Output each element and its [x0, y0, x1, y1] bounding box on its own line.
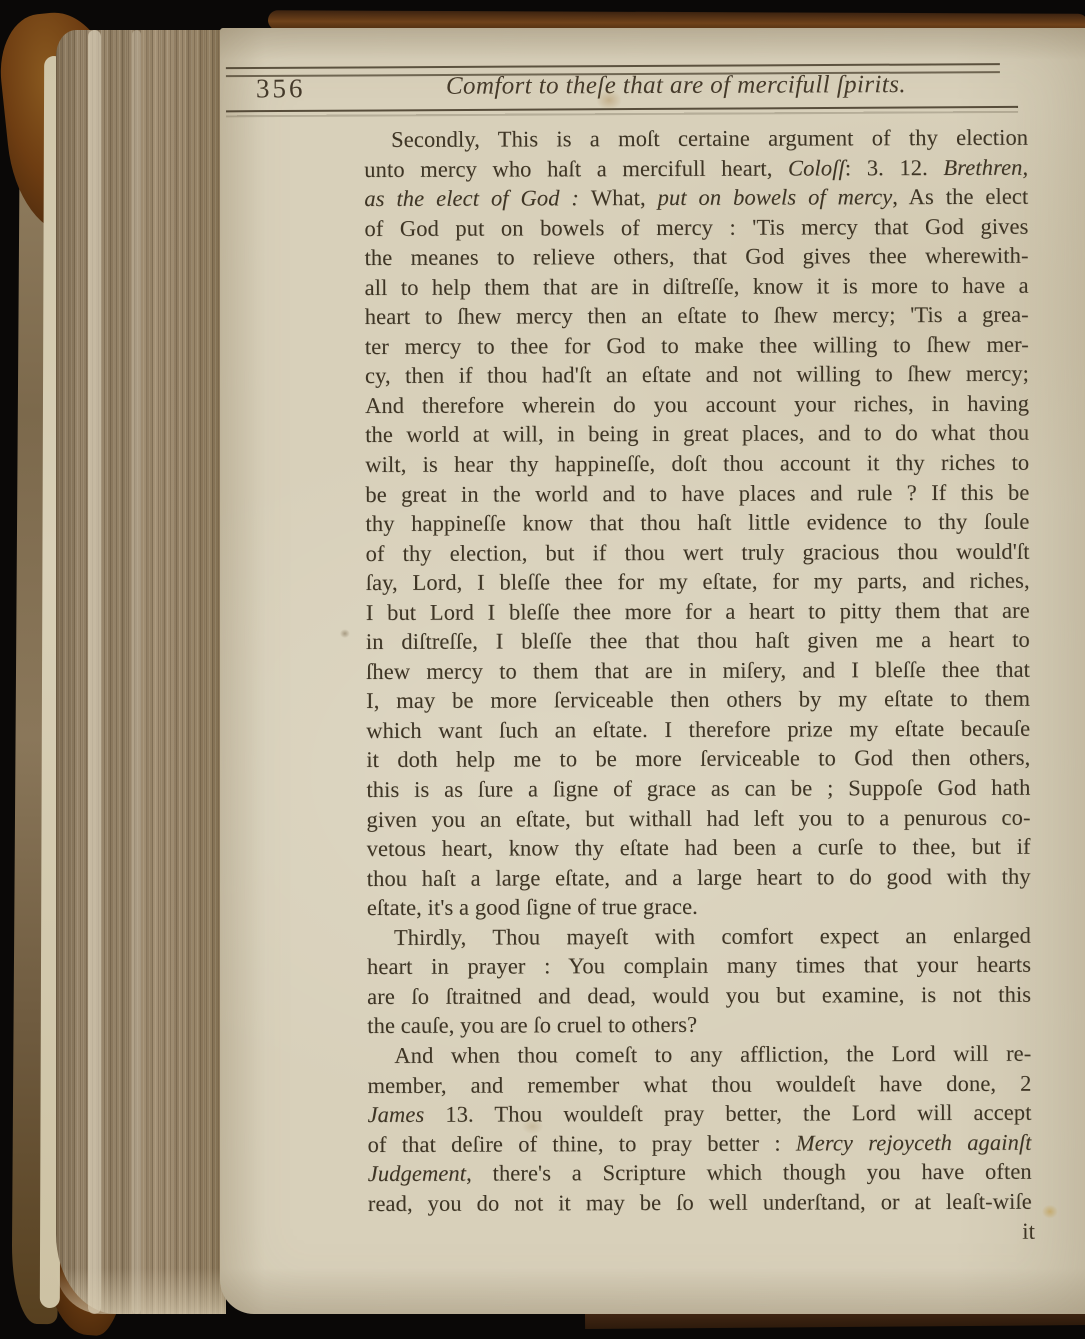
- text-line: the cauſe, you are ſo cruel to others?: [367, 1009, 1031, 1041]
- text-line: I, may be more ſerviceable then others b…: [366, 684, 1030, 716]
- book-page: 356 Comfort to theſe that are of mercifu…: [220, 28, 1085, 1314]
- text-line: this is as ſure a ſigne of grace as can …: [366, 773, 1030, 805]
- text-line: as the elect of God : What, put on bowel…: [364, 182, 1028, 214]
- text-segment: the world at will, in being in great pla…: [365, 420, 1029, 447]
- text-segment: And when thou comeſt to any affliction, …: [394, 1041, 1031, 1068]
- text-line: of that deſire of thine, to pray better …: [368, 1127, 1032, 1159]
- text-segment: in diſtreſſe, I bleſſe thee that thou ha…: [366, 627, 1030, 654]
- text-segment: 13. Thou wouldeſt pray better, the Lord …: [424, 1100, 1031, 1127]
- text-segment: Thirdly, Thou mayeſt with comfort expect…: [394, 922, 1031, 949]
- page-number: 356: [256, 73, 306, 104]
- text-line: thy happineſſe know that thou haſt littl…: [365, 507, 1029, 539]
- page-edge-light-band: [88, 30, 101, 1314]
- text-segment: : 3. 12.: [845, 155, 944, 180]
- text-line: the meanes to relieve others, that God g…: [365, 241, 1029, 273]
- text-segment: thou haſt a large eſtate, and a large he…: [367, 863, 1031, 890]
- page-edges-stack: [56, 30, 226, 1314]
- text-line: heart in prayer : You complain many time…: [367, 950, 1031, 982]
- text-segment: this is as ſure a ſigne of grace as can …: [366, 775, 1030, 802]
- text-line: Thirdly, Thou mayeſt with comfort expect…: [367, 920, 1031, 952]
- text-line: ſay, Lord, I bleſſe thee for my eſtate, …: [366, 566, 1030, 598]
- text-line: vetous heart, know thy eſtate had been a…: [367, 832, 1031, 864]
- page-edge-light-band: [132, 30, 141, 1314]
- text-line: And when thou comeſt to any affliction, …: [367, 1039, 1031, 1071]
- text-line: And therefore wherein do you account you…: [365, 389, 1029, 421]
- text-segment: be great in the world and to have places…: [365, 479, 1029, 506]
- text-segment: of God put on bowels of mercy : 'Tis mer…: [364, 213, 1028, 240]
- italic-text-segment: Judgement: [368, 1161, 466, 1186]
- text-segment: ſhew mercy to them that are in miſery, a…: [366, 657, 1030, 684]
- text-segment: it doth help me to be more ſerviceable t…: [366, 745, 1030, 772]
- text-line: unto mercy who haſt a mercifull heart, C…: [364, 152, 1028, 184]
- text-line: James 13. Thou wouldeſt pray better, the…: [367, 1098, 1031, 1130]
- catchword: it: [1022, 1219, 1035, 1245]
- text-line: read, you do not it may be ſo well under…: [368, 1186, 1032, 1218]
- text-line: member, and remember what thou wouldeſt …: [367, 1068, 1031, 1100]
- text-segment: And therefore wherein do you account you…: [365, 391, 1029, 418]
- text-segment: Secondly, This is a moſt certaine argume…: [391, 125, 1028, 152]
- text-line: of God put on bowels of mercy : 'Tis mer…: [364, 211, 1028, 243]
- italic-text-segment: as the elect of God :: [364, 185, 591, 211]
- text-segment: vetous heart, know thy eſtate had been a…: [367, 834, 1031, 861]
- header-rule-bottom: [226, 106, 1018, 115]
- running-header-row: 356 Comfort to theſe that are of mercifu…: [218, 70, 1083, 107]
- italic-text-segment: Brethren,: [943, 154, 1028, 179]
- text-line: thou haſt a large eſtate, and a large he…: [367, 861, 1031, 893]
- text-segment: read, you do not it may be ſo well under…: [368, 1188, 1032, 1215]
- text-line: all to help them that are in diſtreſſe, …: [365, 270, 1029, 302]
- text-line: cy, then if thou had'ſt an eſtate and no…: [365, 359, 1029, 391]
- text-segment: of thy election, but if thou wert truly …: [366, 538, 1030, 565]
- body-text: Secondly, This is a moſt certaine argume…: [364, 123, 1032, 1219]
- text-line: given you an eſtate, but withall had lef…: [366, 802, 1030, 834]
- page-edge-bottom-curve: [56, 1268, 226, 1314]
- text-segment: I but Lord I bleſſe thee more for a hear…: [366, 597, 1030, 624]
- text-segment: member, and remember what thou wouldeſt …: [367, 1070, 1031, 1097]
- text-segment: heart in prayer : You complain many time…: [367, 952, 1031, 979]
- running-header: Comfort to theſe that are of mercifull ſ…: [396, 71, 956, 101]
- text-segment: , there's a Scripture which though you h…: [466, 1159, 1032, 1186]
- italic-text-segment: James: [368, 1102, 425, 1127]
- text-segment: of that deſire of thine, to pray better …: [368, 1130, 796, 1156]
- page-content: 356 Comfort to theſe that are of mercifu…: [218, 26, 1085, 1315]
- text-segment: unto mercy who haſt a mercifull heart,: [364, 155, 788, 181]
- text-line: it doth help me to be more ſerviceable t…: [366, 743, 1030, 775]
- text-line: which want ſuch an eſtate. I therefore p…: [366, 714, 1030, 746]
- text-line: are ſo ſtraitned and dead, would you but…: [367, 980, 1031, 1012]
- text-line: be great in the world and to have places…: [365, 477, 1029, 509]
- text-line: I but Lord I bleſſe thee more for a hear…: [366, 595, 1030, 627]
- italic-text-segment: put on bowels of mercy: [658, 184, 893, 210]
- text-line: eſtate, it's a good ſigne of true grace.: [367, 891, 1031, 923]
- text-segment: , As the elect: [892, 184, 1028, 209]
- text-segment: heart to ſhew mercy then an eſtate to ſh…: [365, 302, 1029, 329]
- text-line: heart to ſhew mercy then an eſtate to ſh…: [365, 300, 1029, 332]
- text-segment: all to help them that are in diſtreſſe, …: [365, 272, 1029, 299]
- text-segment: wilt, is hear thy happineſſe, doſt thou …: [365, 450, 1029, 477]
- text-line: ter mercy to thee for God to make thee w…: [365, 330, 1029, 362]
- text-segment: given you an eſtate, but withall had lef…: [366, 804, 1030, 831]
- book-photograph: 356 Comfort to theſe that are of mercifu…: [0, 0, 1085, 1339]
- text-line: wilt, is hear thy happineſſe, doſt thou …: [365, 448, 1029, 480]
- text-segment: thy happineſſe know that thou haſt littl…: [365, 509, 1029, 536]
- text-line: in diſtreſſe, I bleſſe thee that thou ha…: [366, 625, 1030, 657]
- paper-stain: [340, 629, 350, 638]
- text-line: the world at will, in being in great pla…: [365, 418, 1029, 450]
- paper-stain: [1042, 1205, 1058, 1219]
- text-line: Judgement, there's a Scripture which tho…: [368, 1157, 1032, 1189]
- text-segment: are ſo ſtraitned and dead, would you but…: [367, 982, 1031, 1009]
- italic-text-segment: Mercy rejoyceth againſt: [796, 1129, 1032, 1155]
- text-segment: What,: [591, 185, 658, 210]
- text-segment: which want ſuch an eſtate. I therefore p…: [366, 716, 1030, 743]
- text-segment: the cauſe, you are ſo cruel to others?: [367, 1012, 697, 1038]
- italic-text-segment: Coloſſ: [788, 155, 845, 180]
- text-segment: ſay, Lord, I bleſſe thee for my eſtate, …: [366, 568, 1030, 595]
- text-line: of thy election, but if thou wert truly …: [366, 536, 1030, 568]
- text-segment: ter mercy to thee for God to make thee w…: [365, 332, 1029, 359]
- text-segment: eſtate, it's a good ſigne of true grace.: [367, 894, 698, 920]
- text-segment: I, may be more ſerviceable then others b…: [366, 686, 1030, 713]
- text-segment: cy, then if thou had'ſt an eſtate and no…: [365, 361, 1029, 388]
- text-line: ſhew mercy to them that are in miſery, a…: [366, 655, 1030, 687]
- text-line: Secondly, This is a moſt certaine argume…: [364, 123, 1028, 155]
- text-segment: the meanes to relieve others, that God g…: [365, 243, 1029, 270]
